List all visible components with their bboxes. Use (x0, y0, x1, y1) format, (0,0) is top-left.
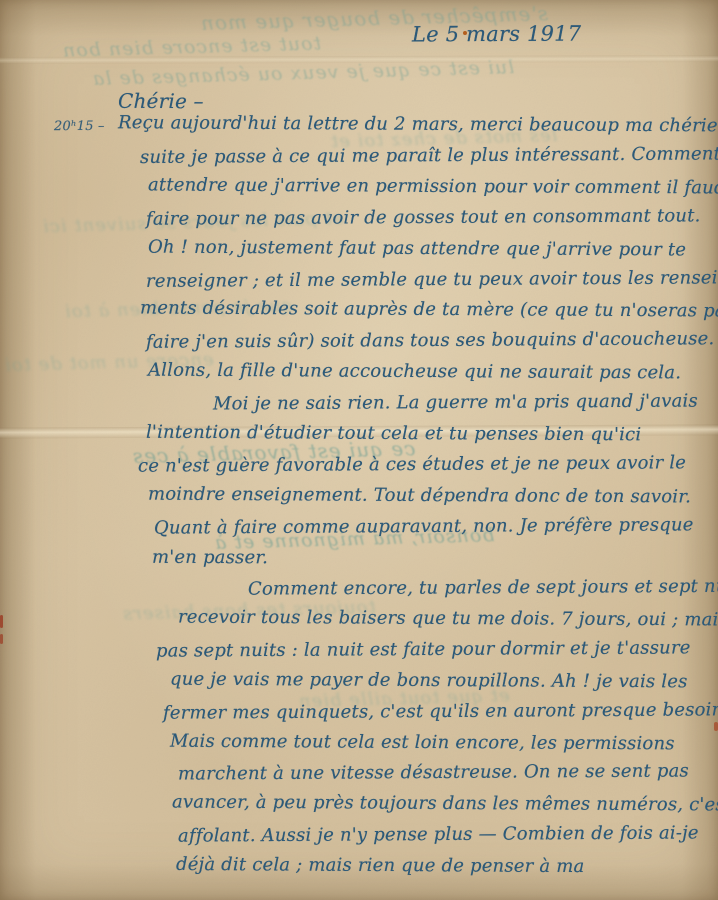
letter-line: Comment encore, tu parles de sept jours … (248, 575, 718, 599)
letter-line: pas sept nuits : la nuit est faite pour … (156, 637, 691, 661)
letter-line: ments désirables soit auprès de ta mère … (140, 297, 718, 321)
letter-salutation: Chérie – (118, 89, 204, 113)
margin-time-note: 20ʰ15 – (54, 119, 105, 134)
letter-line: affolant. Aussi je n'y pense plus — Comb… (178, 822, 699, 846)
paper-speck (0, 615, 3, 628)
letter-line: moindre enseignement. Tout dépendra donc… (148, 484, 691, 508)
paper-speck (714, 722, 718, 731)
bleedthrough-line: lui est ce que je veux ou échanges de la (92, 56, 515, 90)
letter-line: déjà dit cela ; mais rien que de penser … (176, 854, 585, 877)
letter-line: Quant à faire comme auparavant, non. Je … (154, 514, 694, 538)
letter-line: Mais comme tout cela est loin encore, le… (170, 731, 675, 755)
letter-line: attendre que j'arrive en permission pour… (148, 174, 718, 198)
fold-crease (0, 55, 718, 64)
letter-line: Reçu aujourd'hui ta lettre du 2 mars, me… (118, 112, 718, 137)
letter-line: m'en passer. (152, 547, 268, 569)
letter-date: Le 5 mars 1917 (412, 21, 581, 46)
letter-line: faire j'en suis sûr) soit dans tous ses … (146, 328, 715, 352)
letter-line: avancer, à peu près toujours dans les mê… (172, 792, 718, 816)
letter-line: fermer mes quinquets, c'est qu'ils en au… (163, 699, 718, 723)
letter-line: marchent à une vitesse désastreuse. On n… (178, 760, 689, 784)
letter-line: suite je passe à ce qui me paraît le plu… (140, 143, 718, 168)
letter-line: Oh ! non, justement faut pas attendre qu… (148, 237, 686, 261)
letter-line: renseigner ; et il me semble que tu peux… (146, 267, 718, 292)
letter-line: l'intention d'étudier tout cela et tu pe… (146, 422, 641, 446)
letter-line: que je vais me payer de bons roupillons.… (170, 669, 688, 693)
letter-line: Moi je ne sais rien. La guerre m'a pris … (213, 391, 698, 415)
letter-line: Allons, la fille d'une accoucheuse qui n… (148, 360, 681, 384)
letter-page: s'empêcher de bouger que mon tout est en… (0, 0, 718, 900)
paper-speck (0, 634, 3, 644)
letter-line: recevoir tous les baisers que tu me dois… (178, 607, 718, 631)
letter-line: ce n'est guère favorable à ces études et… (138, 452, 686, 476)
letter-line: faire pour ne pas avoir de gosses tout e… (146, 205, 701, 229)
bleedthrough-line: tout est encore bien bon (62, 32, 322, 61)
